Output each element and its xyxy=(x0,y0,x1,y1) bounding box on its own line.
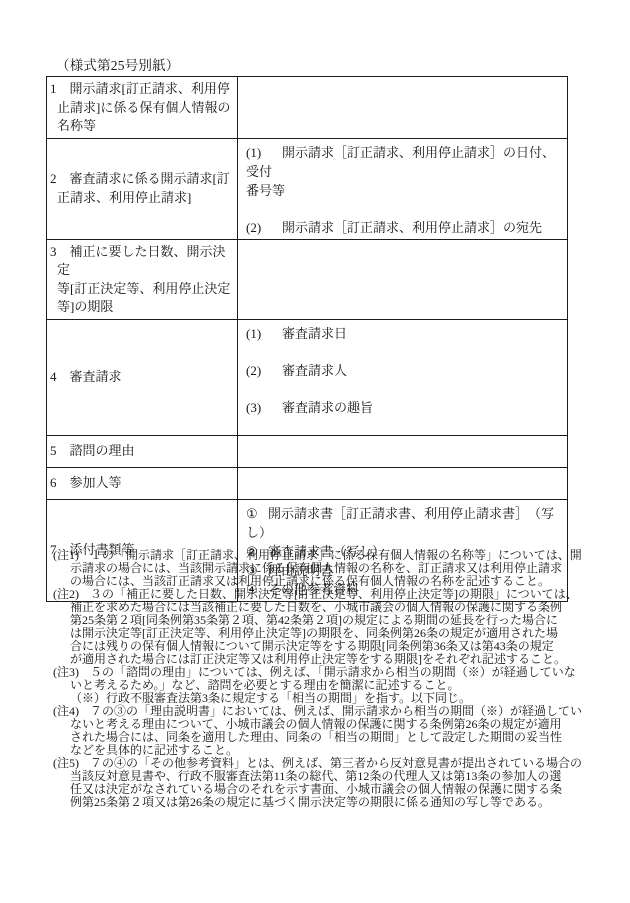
document-page: { "header": { "form_label": "（様式第25号別紙）"… xyxy=(0,0,630,903)
value-item: (2)審査請求人 xyxy=(246,361,561,380)
row-5-label-cell: 5 諮問の理由 xyxy=(47,435,238,467)
note-number: (注4) xyxy=(53,705,79,718)
value-item: ①開示請求書［訂正請求書、利用停止請求書］ （写し） xyxy=(246,504,561,542)
row-1-value-cell xyxy=(238,77,568,139)
note-number: (注1) xyxy=(53,549,79,562)
table-row: 2 審査請求に係る開示請求[訂 正請求、利用停止請求] (1)開示請求［訂正請求… xyxy=(47,138,568,239)
row-5-value-cell xyxy=(238,435,568,467)
row-4-label-cell: 4 審査請求 xyxy=(47,319,238,435)
value-item: (1)審査請求日 xyxy=(246,324,561,343)
note-body: ７の③の「理由説明書」においては、例えば、開示請求から相当の期間（※）が経過して… xyxy=(70,705,590,757)
row-3-value-cell xyxy=(238,239,568,319)
item-number: (3) xyxy=(246,398,282,417)
note-body: ５の「諮問の理由」については、例えば、「開示請求から相当の期間（※）が経過してい… xyxy=(70,666,590,705)
row-3-label-cell: 3 補正に要した日数、開示決定 等[訂正決定等、利用停止決定 等]の期限 xyxy=(47,239,238,319)
table-row: 3 補正に要した日数、開示決定 等[訂正決定等、利用停止決定 等]の期限 xyxy=(47,239,568,319)
request-summary-table: 1 開示請求[訂正請求、利用停 止請求]に係る保有個人情報の 名称等 2 審査請… xyxy=(46,76,568,602)
table-row: 4 審査請求 (1)審査請求日 (2)審査請求人 (3)審査請求の趣旨 xyxy=(47,319,568,435)
item-number: (2) xyxy=(246,218,282,237)
item-text: 審査請求人 xyxy=(282,363,347,378)
row-6-label-cell: 6 参加人等 xyxy=(47,467,238,499)
item-number: (2) xyxy=(246,361,282,380)
row-1-label-cell: 1 開示請求[訂正請求、利用停 止請求]に係る保有個人情報の 名称等 xyxy=(47,77,238,139)
row-6-value-cell xyxy=(238,467,568,499)
form-label: （様式第25号別紙） xyxy=(56,54,180,74)
note-number: (注3) xyxy=(53,666,79,679)
value-item: (1)開示請求［訂正請求、利用停止請求］の日付、受付 番号等 xyxy=(246,143,561,200)
table-row: 6 参加人等 xyxy=(47,467,568,499)
note-body: １の「開示請求［訂正請求、利用停止請求］に係る保有個人情報の名称等」については、… xyxy=(70,549,590,588)
item-text: 開示請求書［訂正請求書、利用停止請求書］ （写し） xyxy=(246,506,554,540)
value-item: (2)開示請求［訂正請求、利用停止請求］の宛先 xyxy=(246,218,561,237)
item-number: ① xyxy=(246,504,268,523)
value-item: (3)審査請求の趣旨 xyxy=(246,398,561,417)
note-number: (注5) xyxy=(53,757,79,770)
note-4: (注4) ７の③の「理由説明書」においては、例えば、開示請求から相当の期間（※）… xyxy=(46,705,590,757)
item-text: 審査請求の趣旨 xyxy=(282,400,373,415)
row-2-value-cell: (1)開示請求［訂正請求、利用停止請求］の日付、受付 番号等 (2)開示請求［訂… xyxy=(238,138,568,239)
item-number: (1) xyxy=(246,324,282,343)
note-2: (注2) ３の「補正に要した日数、開示決定等[訂正決定等、利用停止決定等]の期限… xyxy=(46,588,590,666)
note-3: (注3) ５の「諮問の理由」については、例えば、「開示請求から相当の期間（※）が… xyxy=(46,666,590,705)
notes-section: (注1) １の「開示請求［訂正請求、利用停止請求］に係る保有個人情報の名称等」に… xyxy=(46,549,590,809)
item-text: 開示請求［訂正請求、利用停止請求］の日付、受付 番号等 xyxy=(246,145,555,198)
table-row: 5 諮問の理由 xyxy=(47,435,568,467)
item-text: 審査請求日 xyxy=(282,326,347,341)
note-body: ３の「補正に要した日数、開示決定等[訂正決定等、利用停止決定等]の期限」について… xyxy=(70,588,590,666)
row-2-label-cell: 2 審査請求に係る開示請求[訂 正請求、利用停止請求] xyxy=(47,138,238,239)
note-number: (注2) xyxy=(53,588,79,601)
row-4-value-cell: (1)審査請求日 (2)審査請求人 (3)審査請求の趣旨 xyxy=(238,319,568,435)
item-number: (1) xyxy=(246,143,282,162)
note-1: (注1) １の「開示請求［訂正請求、利用停止請求］に係る保有個人情報の名称等」に… xyxy=(46,549,590,588)
item-text: 開示請求［訂正請求、利用停止請求］の宛先 xyxy=(282,220,542,235)
note-5: (注5) ７の④の「その他参考資料」とは、例えば、第三者から反対意見書が提出され… xyxy=(46,757,590,809)
table-row: 1 開示請求[訂正請求、利用停 止請求]に係る保有個人情報の 名称等 xyxy=(47,77,568,139)
note-body: ７の④の「その他参考資料」とは、例えば、第三者から反対意見書が提出されている場合… xyxy=(70,757,590,809)
